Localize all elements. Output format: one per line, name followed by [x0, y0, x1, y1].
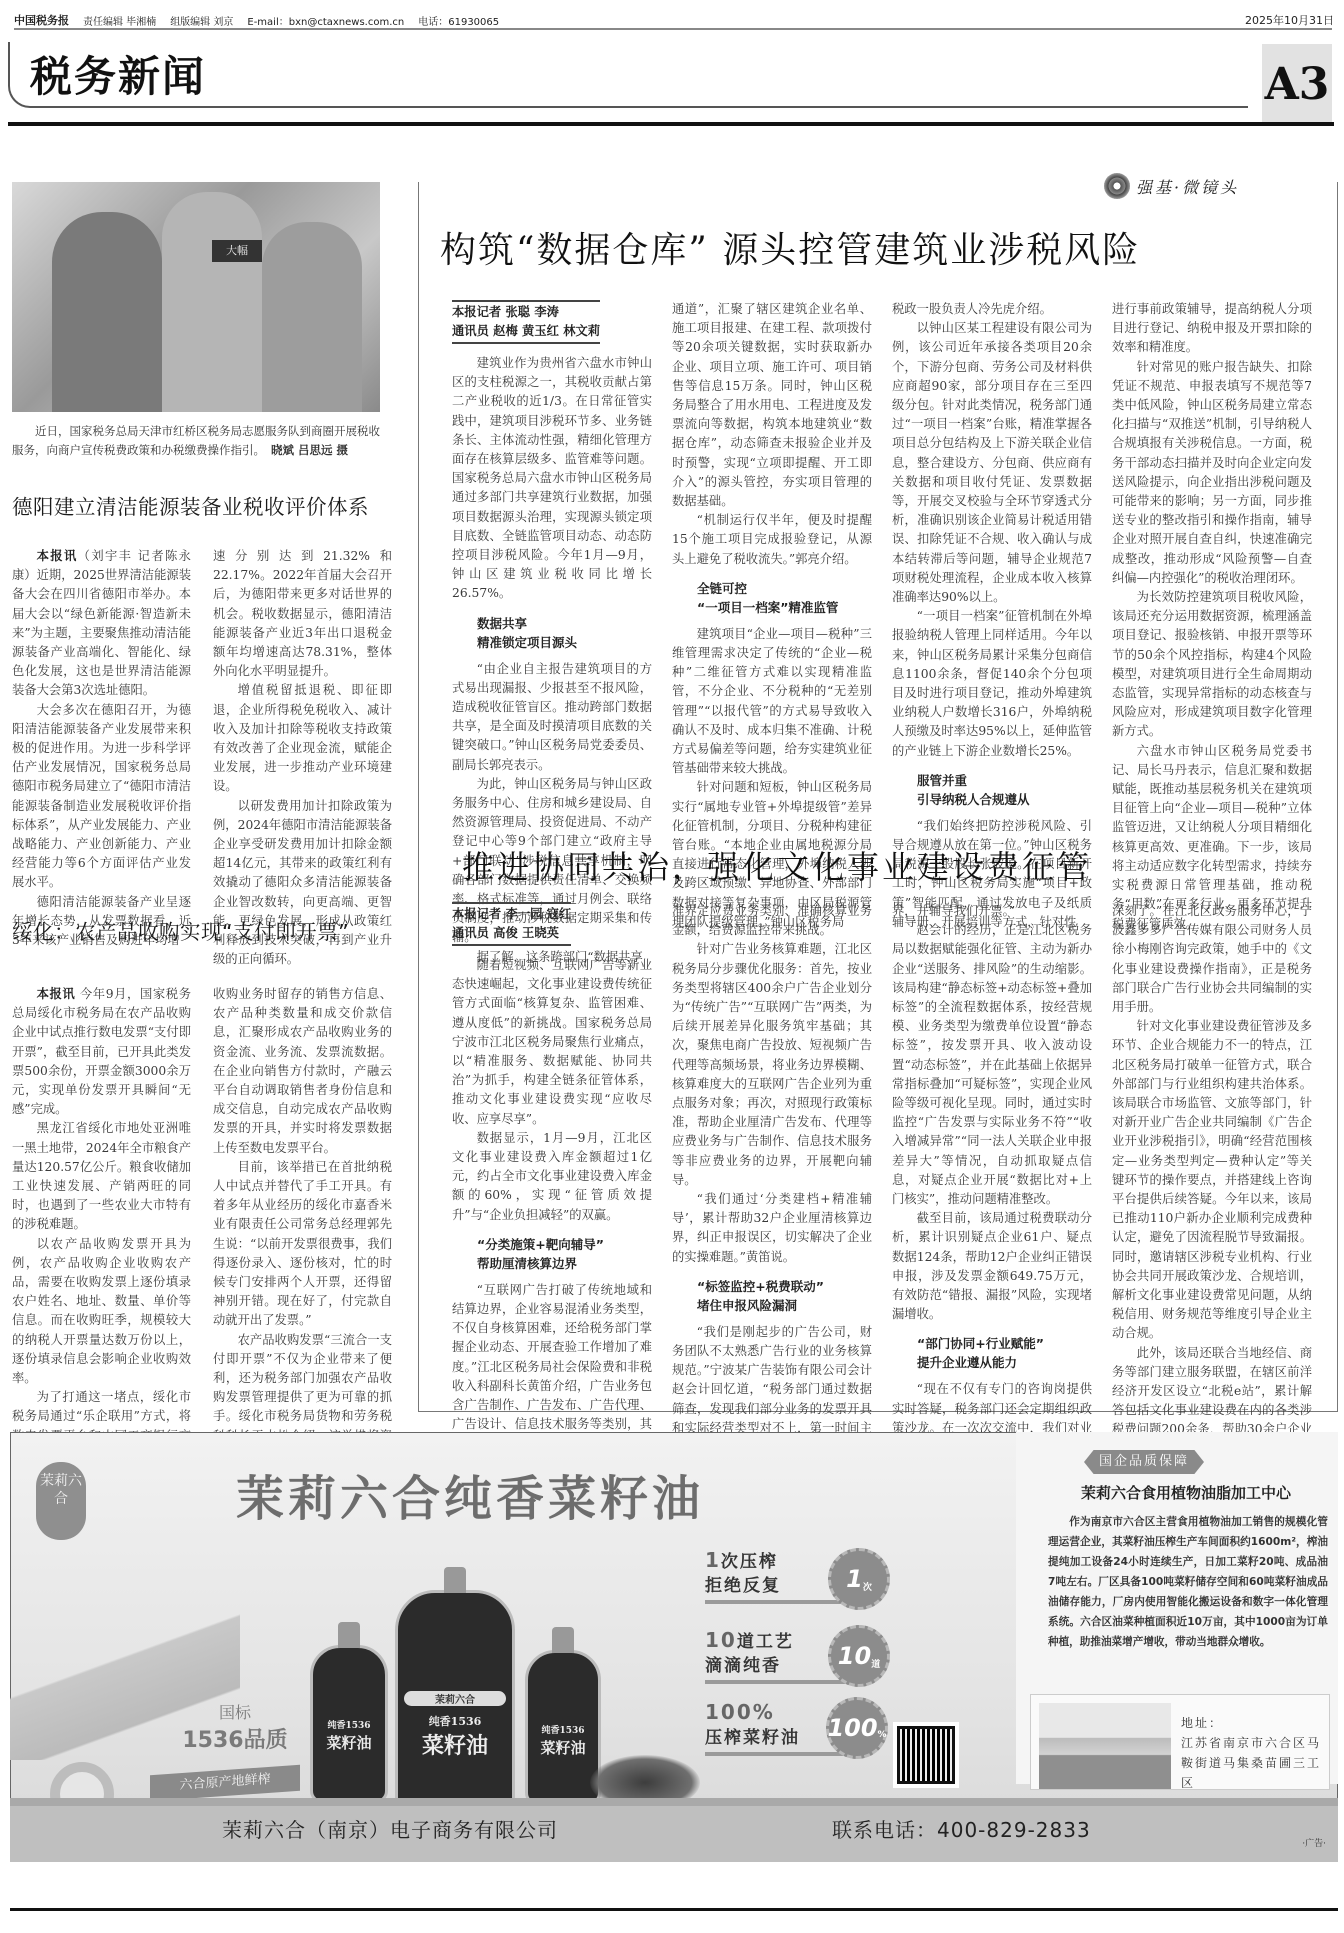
deyang-lead: 本报讯 — [37, 549, 78, 563]
paragraph: 赵会计的经历，正是江北区税务局以数据赋能强化征管、主动为新办企业“送服务、排风险… — [892, 921, 1092, 1209]
quality-label: 1536品质 — [180, 1723, 290, 1754]
paragraph: 建筑项目“企业—项目—税种”三维管理需求决定了传统的“企业—税种”二维征管方式难… — [672, 625, 872, 779]
deyang-col-2: 速分别达到21.32%和22.17%。2022年首届大会召开后，为德阳带来更多对… — [213, 547, 392, 969]
paragraph: “由企业自主报告建筑项目的方式易出现漏报、少报甚至不报风险，造成税收征管盲区。推… — [452, 660, 652, 775]
issue-date: 2025年10月31日 — [1245, 12, 1334, 28]
phone: 电话：61930065 — [418, 13, 499, 28]
paragraph: 深刻了。”在江北区政务服务中心，宁波鑫多多广告传媒有限公司财务人员徐小梅刚咨询完… — [1112, 902, 1312, 1017]
bottle-cap — [552, 1627, 574, 1653]
paragraph: 目前，该举措已在首批纳税人中试点并替代了手工开具。有着多年从业经历的绥化市嘉香米… — [213, 1158, 392, 1331]
article-building-title: 构筑“数据仓库” 源头控管建筑业涉税风险 — [440, 222, 1320, 273]
paragraph: （刘宇丰 记者陈永康）近期，2025世界清洁能源装备大会在四川省德阳市举办。本届… — [12, 549, 191, 697]
subheading: 服管并重引导纳税人合规遵从 — [892, 771, 1092, 809]
article-culture-body: 本报记者 李一园 寇红 通讯员 高俊 王晓英 随着短视频、互联网广告等新业态快速… — [452, 902, 1322, 1478]
column-badge: 强基·微镜头 — [1100, 172, 1332, 200]
page-bottom-rule — [10, 1908, 1338, 1911]
culture-col-4: 深刻了。”在江北区政务服务中心，宁波鑫多多广告传媒有限公司财务人员徐小梅刚咨询完… — [1112, 902, 1312, 1478]
responsible-editor: 责任编辑 毕湘楠 — [83, 13, 156, 28]
paragraph: 以钟山区某工程建设有限公司为例，该公司近年承接各类项目20余个，下游分包商、劳务… — [892, 319, 1092, 607]
article-deyang-title: 德阳建立清洁能源装备业税收评价体系 — [12, 490, 392, 520]
contact-phone[interactable]: 联系电话：400-829-2833 — [832, 1814, 1091, 1843]
photo-person-3 — [262, 222, 362, 412]
medal-badge-2: 10道 — [828, 1625, 890, 1687]
article-suihua-title: 绥化：农产品收购实现“支付即开票” — [12, 915, 392, 945]
bottle-product: 菜籽油 — [319, 1732, 379, 1753]
oil-bottle-large: 茉莉六合 纯香1536 菜籽油 — [395, 1590, 515, 1830]
subheading: “分类施策+靶向辅导”帮助厘清核算边界 — [452, 1235, 652, 1273]
paper-name: 中国税务报 — [14, 12, 69, 28]
ad-headline: 茉莉六合纯香菜籽油 — [236, 1460, 704, 1529]
bottle-product: 菜籽油 — [404, 1729, 506, 1760]
paragraph: 通道”，汇聚了辖区建筑企业名单、施工项目报建、在建工程、款项拨付等20余项关键数… — [672, 300, 872, 511]
article-deyang-body: 本报讯（刘宇丰 记者陈永康）近期，2025世界清洁能源装备大会在四川省德阳市举办… — [12, 547, 392, 969]
quality-text: 国标 1536品质 — [180, 1700, 290, 1754]
news-photo: 大幅 — [12, 182, 380, 412]
paragraph: 为长效防控建筑项目税收风险，该局还充分运用数据资源，梳理涵盖项目登记、报验核销、… — [1112, 588, 1312, 742]
bottle-brand: 茉莉六合 — [404, 1691, 506, 1706]
bottle-product: 菜籽油 — [534, 1737, 592, 1758]
paragraph: 建筑业作为贵州省六盘水市钟山区的支柱税源之一，其税收贡献占第二产业税收的近1/3… — [452, 354, 652, 604]
paragraph: “机制运行仅半年，便及时提醒15个施工项目完成报验登记，从源头上避免了税收流失。… — [672, 511, 872, 569]
subheading: 数据共享精准锁定项目源头 — [452, 614, 652, 652]
advert-tag: ·广告· — [1302, 1836, 1326, 1849]
masthead-rule — [8, 122, 1334, 126]
ad-footer: 茉莉六合（南京）电子商务有限公司 联系电话：400-829-2833 ·广告· — [10, 1798, 1338, 1862]
paragraph: 针对常见的账户报告缺失、扣除凭证不规范、申报表填写不规范等7类中低风险，钟山区税… — [1112, 358, 1312, 588]
bottle-line: 纯香1536 — [319, 1718, 379, 1731]
photo-caption: 近日，国家税务总局天津市红桥区税务局志愿服务队到商圈开展税收服务，向商户宣传税费… — [12, 422, 380, 460]
paragraph: 准界定应费业务类别、准确核算业务金额，给费源监控带来挑战。 — [672, 902, 872, 940]
column-badge-label: 强基·微镜头 — [1136, 175, 1239, 198]
section-title: 税务新闻 — [30, 44, 206, 104]
paragraph: 以农产品收购发票开具为例，农产品收购企业收购农产品，需要在收购发票上逐份填录农户… — [12, 1235, 191, 1389]
photo-credit: 晓斌 吕思远 摄 — [271, 443, 348, 457]
bottle-line: 纯香1536 — [404, 1713, 506, 1729]
origin-band: 六合原产地鲜榨 — [150, 1765, 300, 1801]
culture-col-3: 界，并辅导我们开票。” 赵会计的经历，正是江北区税务局以数据赋能强化征管、主动为… — [892, 902, 1092, 1478]
deyang-col-1: 本报讯（刘宇丰 记者陈永康）近期，2025世界清洁能源装备大会在四川省德阳市举办… — [12, 547, 191, 969]
article-culture-title: 推进协同共治，强化文化事业建设费征管 — [462, 842, 1322, 888]
company-info-panel: 国企品质保障 茉莉六合食用植物油脂加工中心 作为南京市六合区主营食用植物油加工销… — [1016, 1432, 1338, 1784]
paragraph: 进行事前政策辅导，提高纳税人分项目进行登记、纳税申报及开票扣除的效率和精准度。 — [1112, 300, 1312, 358]
subheading: “标签监控+税费联动”堵住申报风险漏洞 — [672, 1277, 872, 1315]
byline-reporters: 本报记者 李一园 寇红 — [452, 905, 571, 924]
guarantee-tag: 国企品质保障 — [1084, 1450, 1204, 1474]
center-description: 作为南京市六合区主营食用植物油加工销售的规模化管理运营企业，其菜籽油压榨生产车间… — [1048, 1512, 1328, 1652]
paragraph: 截至目前，该局通过税费联动分析，累计识别疑点企业61户、疑点数据124条，帮助1… — [892, 1209, 1092, 1324]
page-header-bar: 中国税务报 责任编辑 毕湘楠 组版编辑 刘京 E-mail：bxn@ctaxne… — [14, 10, 1334, 30]
photo-person-2 — [162, 192, 262, 412]
paragraph: 针对广告业务核算难题，江北区税务局分步骤优化服务：首先，按业务类型将辖区400余… — [672, 940, 872, 1190]
paragraph: 增值税留抵退税、即征即退，企业所得税免税收入、减计收入及加计扣除等税收支持政策有… — [213, 681, 392, 796]
paragraph: 界，并辅导我们开票。” — [892, 902, 1092, 921]
address-label: 地址： — [1181, 1713, 1321, 1733]
subheading: “部门协同+行业赋能”提升企业遵从能力 — [892, 1334, 1092, 1372]
bottle-line: 纯香1536 — [534, 1723, 592, 1736]
brand-seal-logo: 茉莉六合 — [36, 1462, 86, 1540]
paragraph: “我们通过‘分类建档+精准辅导’，累计帮助32户企业厘清核算边界，纠正申报误区，… — [672, 1190, 872, 1267]
subheading: 全链可控“一项目一档案”精准监管 — [672, 579, 872, 617]
article-suihua-body: 本报讯 今年9月，国家税务总局绥化市税务局在农产品收购企业中试点推行数电发票“支… — [12, 985, 392, 1503]
header-rule — [14, 28, 1332, 30]
photo-shop-sign: 大幅 — [212, 240, 262, 262]
byline-correspondents: 通讯员 高俊 王晓英 — [452, 924, 571, 943]
paragraph: 税政一股负责人冷先虎介绍。 — [892, 300, 1092, 319]
suihua-col-1: 本报讯 今年9月，国家税务总局绥化市税务局在农产品收购企业中试点推行数电发票“支… — [12, 985, 191, 1503]
culture-byline: 本报记者 李一园 寇红 通讯员 高俊 王晓英 — [452, 902, 571, 946]
culture-col-1: 本报记者 李一园 寇红 通讯员 高俊 王晓英 随着短视频、互联网广告等新业态快速… — [452, 902, 652, 1478]
standard-label: 国标 — [180, 1700, 290, 1723]
film-reel-icon — [1104, 173, 1130, 199]
paragraph: 数据显示，1月—9月，江北区文化事业建设费入库金额超过1亿元，约占全市文化事业建… — [452, 1129, 652, 1225]
layout-editor: 组版编辑 刘京 — [170, 13, 233, 28]
culture-col-2: 准界定应费业务类别、准确核算业务金额，给费源监控带来挑战。 针对广告业务核算难题… — [672, 902, 872, 1478]
address-box: 地址： 江苏省南京市六合区马鞍街道马集桑苗圃三工区 — [1030, 1694, 1330, 1790]
paragraph: 大会多次在德阳召开，为德阳清洁能源装备产业发展带来积极的促进作用。为进一步科学评… — [12, 701, 191, 893]
photo-person-1 — [52, 212, 162, 412]
paragraph: 今年9月，国家税务总局绥化市税务局在农产品收购企业中试点推行数电发票“支付即开票… — [12, 987, 191, 1116]
byline-correspondents: 通讯员 赵梅 黄玉红 林文莉 — [452, 322, 600, 341]
paragraph: 针对文化事业建设费征管涉及多环节、企业合规能力不一的特点，江北区税务局打破单一征… — [1112, 1017, 1312, 1343]
bottle-cap — [338, 1622, 360, 1648]
qr-code[interactable] — [893, 1722, 959, 1788]
address-text: 江苏省南京市六合区马鞍街道马集桑苗圃三工区 — [1181, 1733, 1321, 1793]
paragraph: “一项目一档案”征管机制在外埠报验纳税人管理上同样适用。今年以来，钟山区税务局累… — [892, 607, 1092, 761]
oil-bottle-small-left: 纯香1536 菜籽油 — [310, 1645, 388, 1803]
paragraph: 速分别达到21.32%和22.17%。2022年首届大会召开后，为德阳带来更多对… — [213, 547, 392, 681]
center-name: 茉莉六合食用植物油脂加工中心 — [1036, 1482, 1336, 1503]
paragraph: 黑龙江省绥化市地处亚洲唯一黑土地带，2024年全市粮食产量达120.57亿公斤。… — [12, 1119, 191, 1234]
email[interactable]: E-mail：bxn@ctaxnews.com.cn — [247, 13, 404, 28]
paragraph: 随着短视频、互联网广告等新业态快速崛起，文化事业建设费传统征管方式面临“核算复杂… — [452, 956, 652, 1129]
suihua-lead: 本报讯 — [37, 987, 76, 1001]
medal-badge-1: 1次 — [828, 1548, 890, 1610]
page-number: A3 — [1262, 44, 1332, 124]
paragraph: 收购业务时留存的销售方信息、农产品种类数量和成交价款信息，汇聚形成农产品收购业务… — [213, 985, 392, 1158]
suihua-col-2: 收购业务时留存的销售方信息、农产品种类数量和成交价款信息，汇聚形成农产品收购业务… — [213, 985, 392, 1503]
factory-photo — [1039, 1703, 1171, 1789]
company-name: 茉莉六合（南京）电子商务有限公司 — [222, 1814, 558, 1843]
address: 地址： 江苏省南京市六合区马鞍街道马集桑苗圃三工区 — [1181, 1713, 1321, 1793]
building-byline: 本报记者 张聪 李涛 通讯员 赵梅 黄玉红 林文莉 — [452, 300, 600, 344]
medal-badge-3: 100% — [826, 1697, 888, 1759]
byline-reporters: 本报记者 张聪 李涛 — [452, 303, 600, 322]
bottle-cap — [444, 1567, 466, 1593]
